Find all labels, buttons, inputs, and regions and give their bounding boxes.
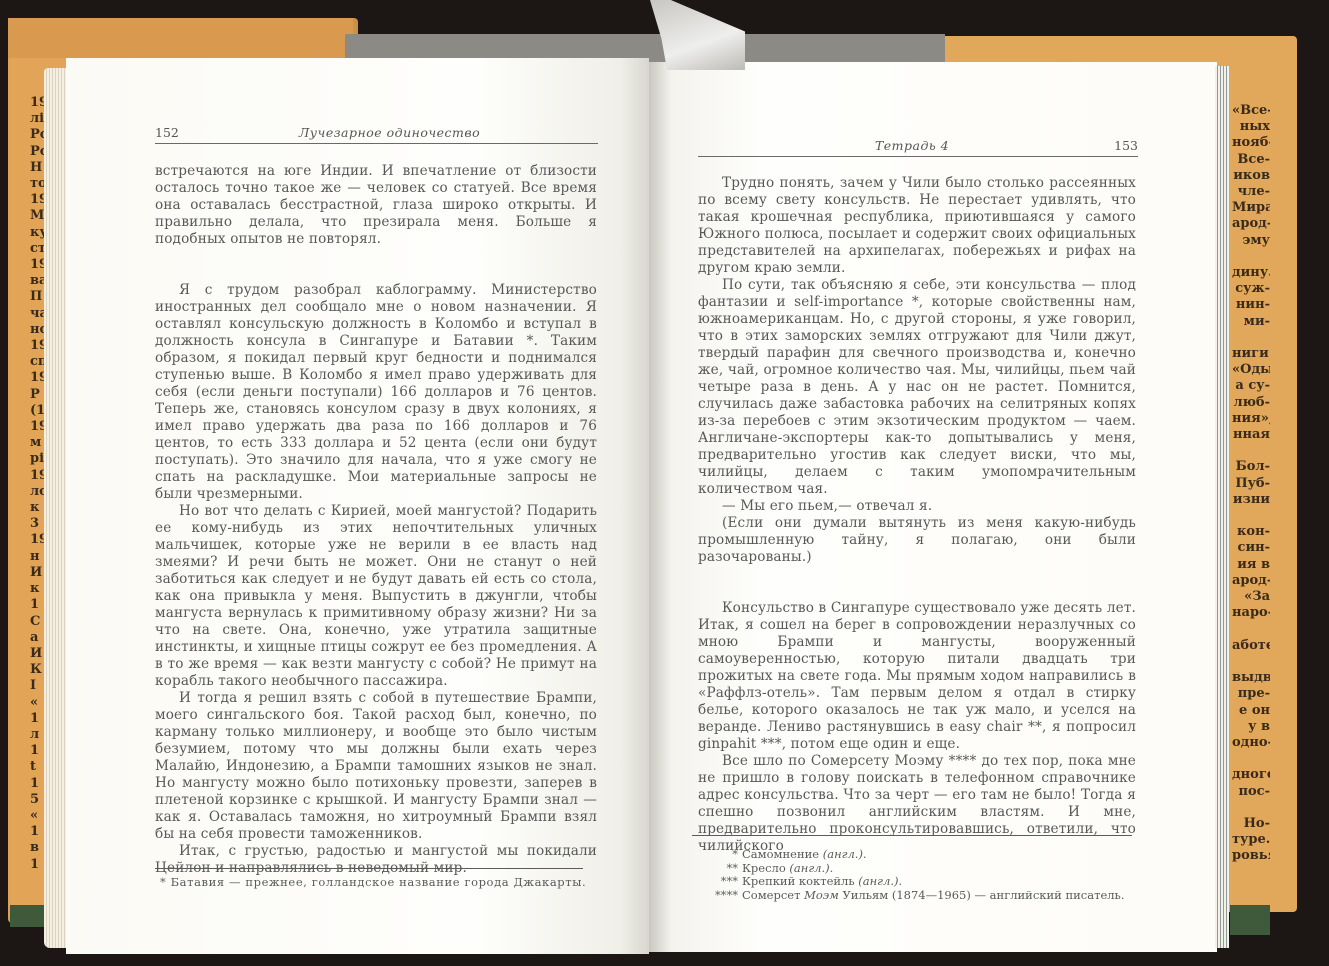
right-running-head: Тетрадь 4 153 bbox=[698, 138, 1138, 157]
footnote-divider-right bbox=[692, 835, 1132, 836]
paragraph: Все шло по Сомерсету Моэму **** до тех п… bbox=[698, 753, 1136, 855]
footnote-mark: *** bbox=[700, 875, 742, 889]
footnote-text: Кресло (англ.). bbox=[742, 862, 833, 876]
footnote: * Самомнение (англ.). bbox=[700, 848, 1150, 862]
paragraph: встречаются на юге Индии. И впечатление … bbox=[155, 163, 597, 248]
footnote-text: Сомерсет Моэм Уильям (1874—1965) — англи… bbox=[742, 889, 1124, 903]
background-book-left-top bbox=[8, 18, 353, 58]
footnote-mark: * bbox=[700, 848, 742, 862]
footnote: *** Крепкий коктейль (англ.). bbox=[700, 875, 1150, 889]
paragraph: Трудно понять, зачем у Чили было столько… bbox=[698, 175, 1136, 277]
paragraph: Итак, с грустью, радостью и мангустой мы… bbox=[155, 843, 597, 877]
paragraph: И тогда я решил взять с собой в путешест… bbox=[155, 690, 597, 843]
background-green-cover-right bbox=[1230, 905, 1270, 935]
footnote: ** Кресло (англ.). bbox=[700, 862, 1150, 876]
paragraph: Консульство в Сингапуре существовало уже… bbox=[698, 600, 1136, 753]
page-edges-right bbox=[1215, 66, 1229, 948]
footnote-text: Самомнение (англ.). bbox=[742, 848, 867, 862]
paragraph: Я с трудом разобрал каблограмму. Министе… bbox=[155, 282, 597, 503]
footnote-divider-left bbox=[155, 868, 583, 869]
right-page-body: Трудно понять, зачем у Чили было столько… bbox=[698, 175, 1136, 855]
left-footnotes: * Батавия — прежнее, голландское названи… bbox=[160, 876, 600, 890]
left-page-body: встречаются на юге Индии. И впечатление … bbox=[155, 163, 597, 877]
footnote-mark: ** bbox=[700, 862, 742, 876]
right-running-title: Тетрадь 4 bbox=[875, 138, 949, 153]
footnote-mark: **** bbox=[700, 889, 742, 903]
paragraph: Но вот что делать с Кирией, моей мангуст… bbox=[155, 503, 597, 690]
left-running-head: 152 Лучезарное одиночество bbox=[155, 125, 598, 144]
section-break bbox=[698, 566, 1136, 600]
footnote-text: Крепкий коктейль (англ.). bbox=[742, 875, 902, 889]
left-running-title: Лучезарное одиночество bbox=[299, 125, 480, 140]
footnote-text: Батавия — прежнее, голландское название … bbox=[171, 875, 587, 889]
paragraph: — Мы его пьем,— отвечал я. bbox=[698, 498, 1136, 515]
background-spine-text-right: «Все- ных нояб- Все- иков чле- Мира. аро… bbox=[1232, 103, 1270, 863]
footnote: **** Сомерсет Моэм Уильям (1874—1965) — … bbox=[700, 889, 1150, 903]
footnote-mark: * bbox=[160, 875, 166, 889]
left-page-number: 152 bbox=[155, 125, 179, 140]
right-page-number: 153 bbox=[1114, 138, 1138, 153]
paragraph: (Если они думали вытянуть из меня какую-… bbox=[698, 515, 1136, 566]
right-footnotes: * Самомнение (англ.). ** Кресло (англ.).… bbox=[700, 848, 1150, 902]
paragraph: По сути, так объясняю я себе, эти консул… bbox=[698, 277, 1136, 498]
section-break bbox=[155, 248, 597, 282]
